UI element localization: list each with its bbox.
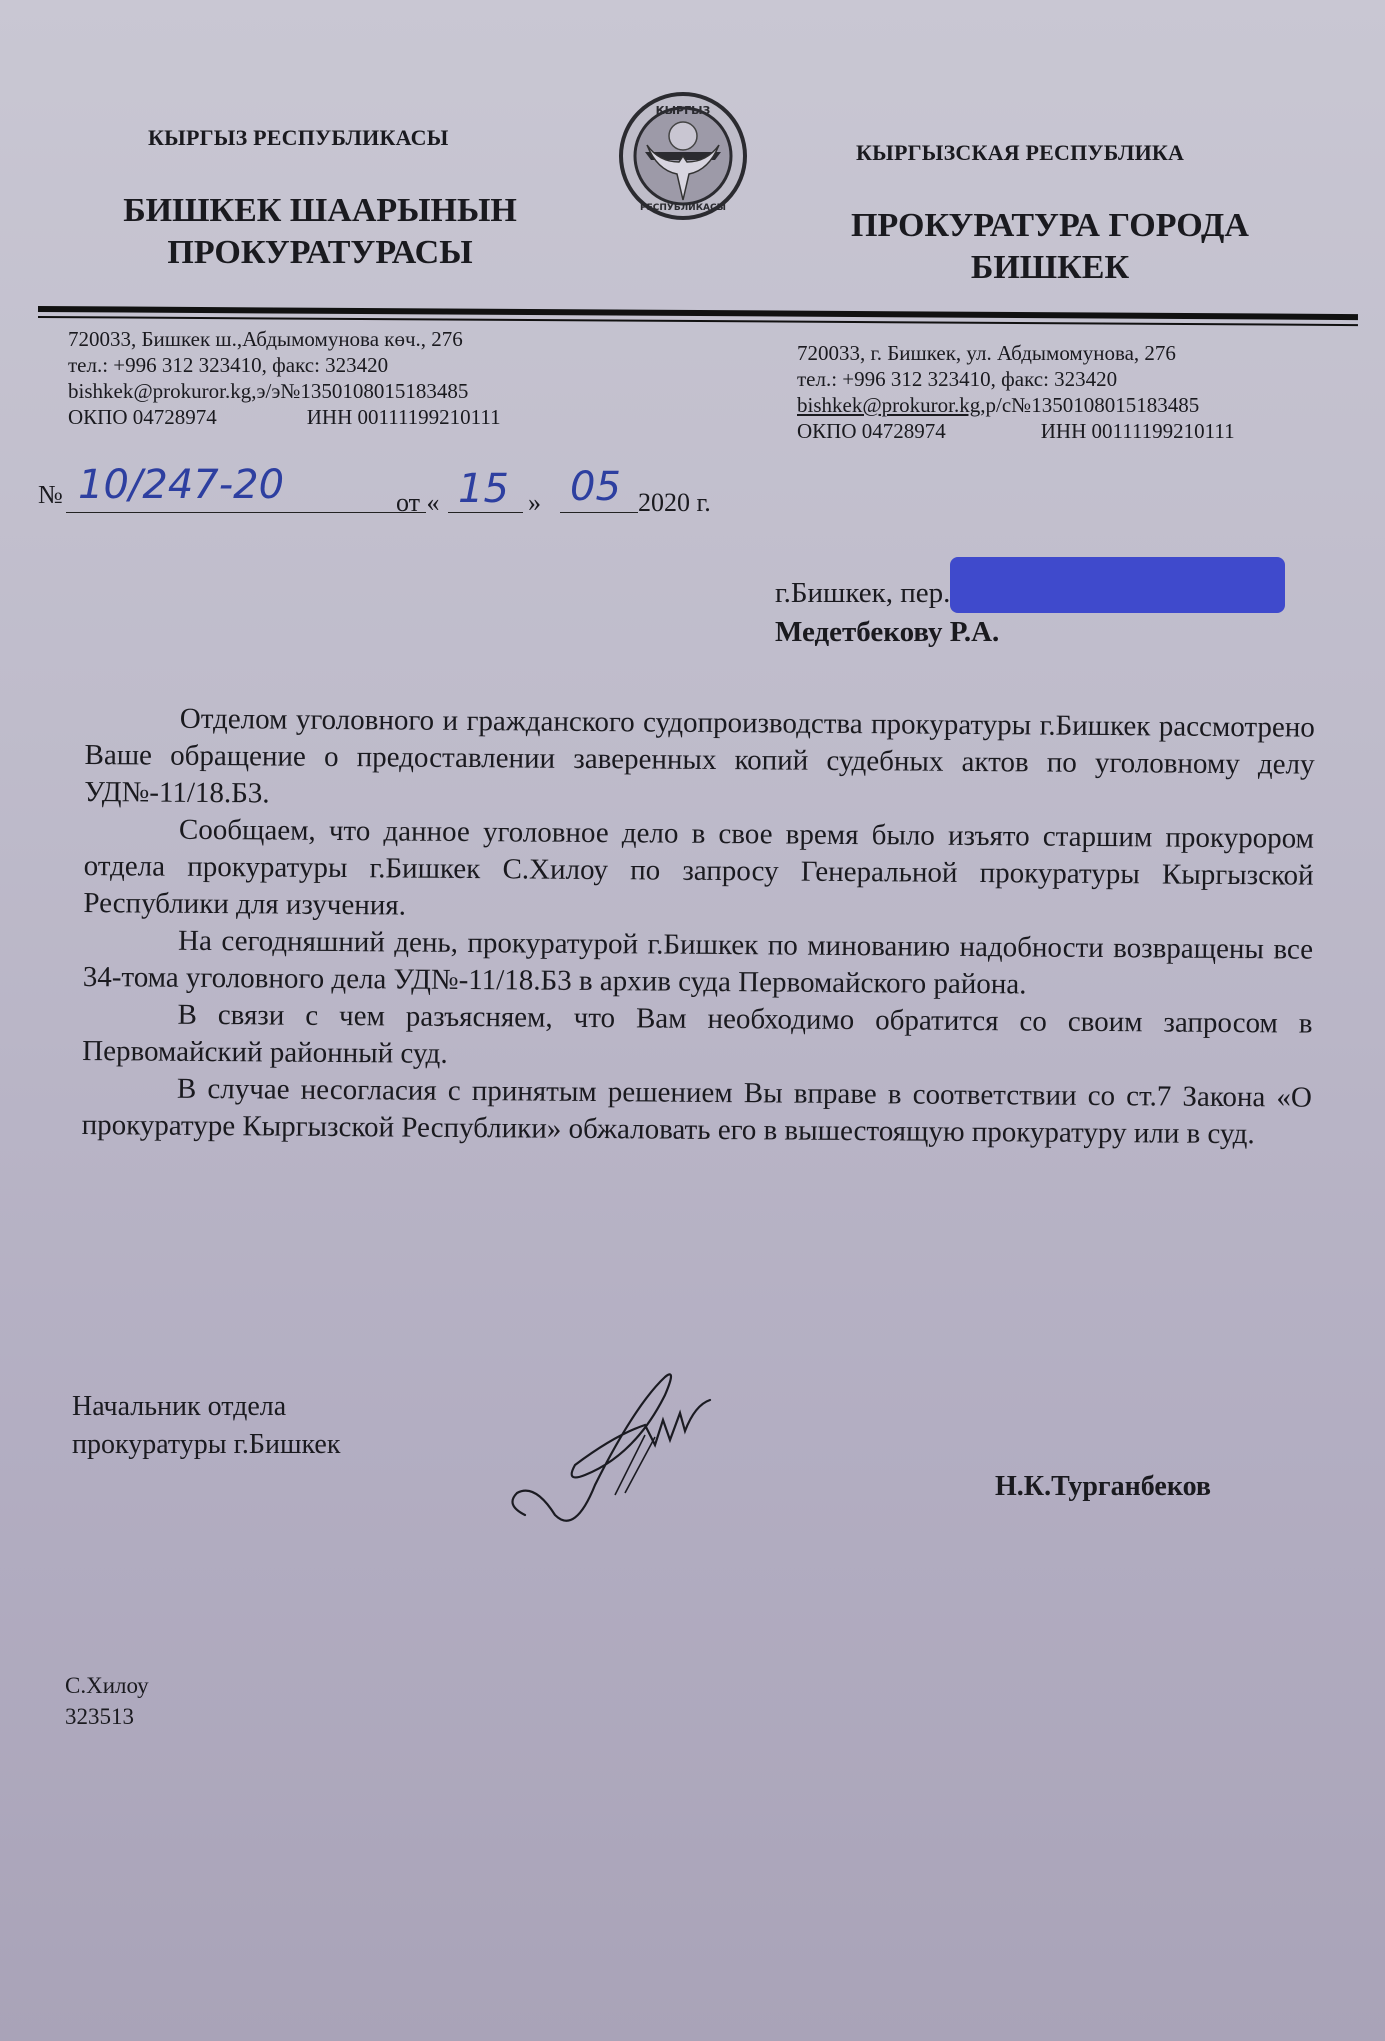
svg-text:КЫРГЫЗ: КЫРГЫЗ (656, 104, 711, 117)
letter-body: Отделом уголовного и гражданского судопр… (82, 700, 1315, 1154)
right-email-link[interactable]: bishkek@prokuror.kg (797, 392, 980, 418)
left-country-title: КЫРГЫЗ РЕСПУБЛИКАСЫ (148, 125, 449, 151)
right-address: 720033, г. Бишкек, ул. Абдымомунова, 276 (797, 340, 1235, 366)
signatory-title: Начальник отдела прокуратуры г.Бишкек (72, 1388, 340, 1464)
signatory-title-line1: Начальник отдела (72, 1388, 340, 1426)
left-email-link[interactable]: bishkek@prokuror.kg (68, 378, 251, 404)
day-handwritten: 15 (458, 466, 509, 512)
right-account: ,р/с№1350108015183485 (980, 392, 1199, 418)
month-handwritten: 05 (570, 464, 621, 510)
left-inn: ИНН 00111199210111 (307, 404, 501, 430)
right-contact-block: 720033, г. Бишкек, ул. Абдымомунова, 276… (797, 340, 1235, 444)
state-emblem-icon: КЫРГЫЗ РЕСПУБЛИКАСЫ (617, 90, 749, 222)
recipient-address-prefix: г.Бишкек, пер. (775, 572, 950, 614)
day-underline (448, 512, 523, 513)
right-inn: ИНН 00111199210111 (1041, 418, 1235, 444)
svg-text:РЕСПУБЛИКАСЫ: РЕСПУБЛИКАСЫ (640, 203, 726, 213)
signatory-title-line2: прокуратуры г.Бишкек (72, 1426, 340, 1464)
left-okpo: ОКПО 04728974 (68, 404, 217, 430)
left-phone: тел.: +996 312 323410, факс: 323420 (68, 352, 501, 378)
left-office-line2: ПРОКУРАТУРАСЫ (95, 232, 545, 274)
recipient-name: Медетбекову Р.А. (775, 611, 1285, 653)
redacted-address-box (950, 557, 1285, 613)
body-paragraph: Сообщаем, что данное уголовное дело в св… (83, 811, 1314, 932)
left-contact-block: 720033, Бишкек ш.,Абдымомунова көч., 276… (68, 326, 501, 430)
right-phone: тел.: +996 312 323410, факс: 323420 (797, 366, 1235, 392)
right-office-title: ПРОКУРАТУРА ГОРОДА БИШКЕК (800, 205, 1300, 289)
right-office-line1: ПРОКУРАТУРА ГОРОДА (800, 205, 1300, 247)
handwritten-signature-icon (495, 1365, 735, 1535)
executor-block: С.Хилоу 323513 (65, 1670, 149, 1732)
executor-phone: 323513 (65, 1701, 149, 1732)
body-paragraph: В случае несогласия с принятым решением … (82, 1070, 1313, 1154)
left-address: 720033, Бишкек ш.,Абдымомунова көч., 276 (68, 326, 501, 352)
signatory-name: Н.К.Турганбеков (995, 1468, 1211, 1506)
body-paragraph: В связи с чем разъясняем, что Вам необхо… (82, 996, 1313, 1080)
body-paragraph: Отделом уголовного и гражданского судопр… (84, 700, 1315, 821)
left-office-line1: БИШКЕК ШААРЫНЫН (95, 190, 545, 232)
left-office-title: БИШКЕК ШААРЫНЫН ПРОКУРАТУРАСЫ (95, 190, 545, 274)
left-account: ,э/э№1350108015183485 (251, 378, 468, 404)
reference-number-handwritten: 10/247-20 (78, 462, 284, 508)
reference-line: № 10/247-20 от « 15 » 05 2020 г. (38, 468, 738, 528)
recipient-block: г.Бишкек, пер. Медетбекову Р.А. (775, 565, 1285, 653)
close-quote: » (528, 488, 541, 518)
right-office-line2: БИШКЕК (800, 247, 1300, 289)
number-underline (66, 512, 426, 513)
right-okpo: ОКПО 04728974 (797, 418, 946, 444)
executor-name: С.Хилоу (65, 1670, 149, 1701)
month-underline (560, 512, 638, 513)
from-label: от « (396, 488, 440, 518)
year-label: 2020 г. (638, 488, 711, 518)
number-sign: № (38, 480, 63, 510)
right-country-title: КЫРГЫЗСКАЯ РЕСПУБЛИКА (856, 140, 1184, 166)
body-paragraph: На сегодняшний день, прокуратурой г.Бишк… (83, 922, 1314, 1006)
